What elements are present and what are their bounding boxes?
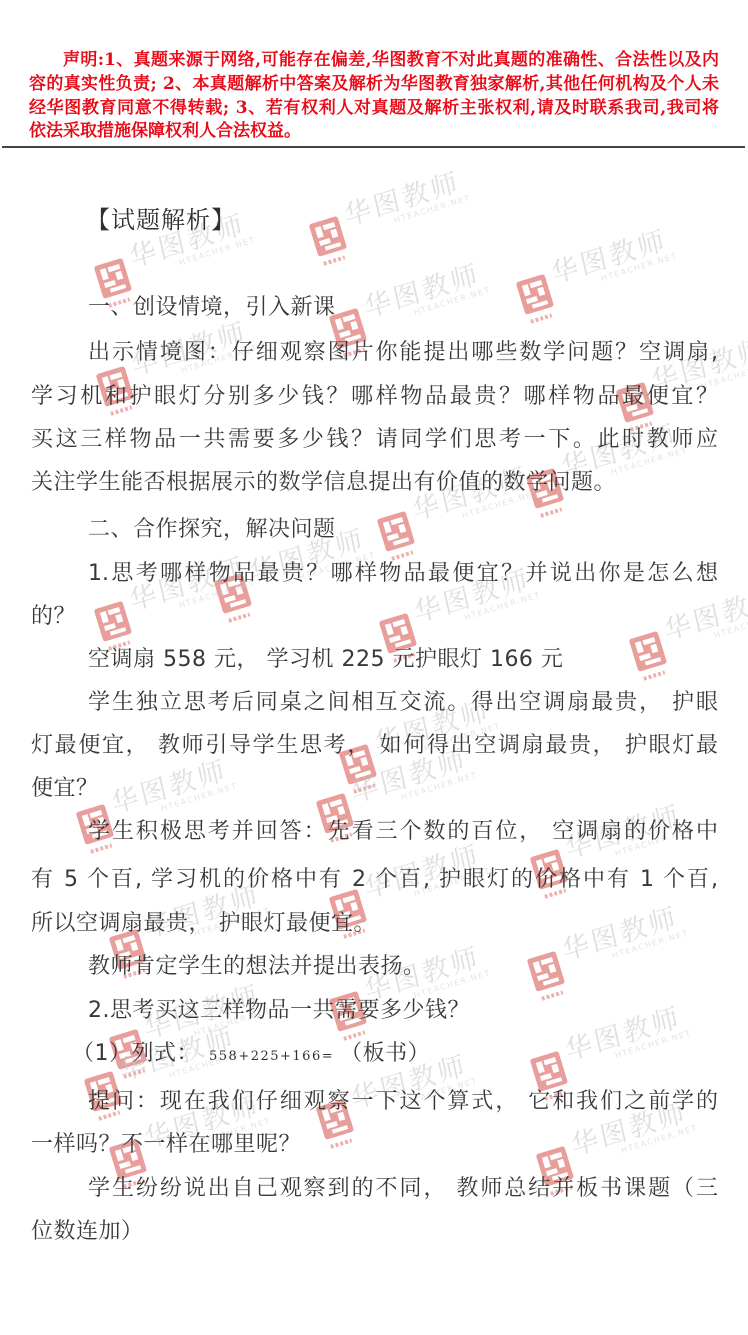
body-line: 提问：现在我们仔细观察一下这个算式， 它和我们之前学的 bbox=[88, 1087, 718, 1117]
body-line: 出示情境图：仔细观察图片你能提出哪些数学问题？空调扇, bbox=[88, 338, 718, 368]
body-line: 所以空调扇最贵， 护眼灯最便宜。 bbox=[31, 909, 376, 939]
document-page: 华图教师HTEACHER.NET华图教师HTEACHER.NET华图教师HTEA… bbox=[0, 0, 748, 1335]
body-line: 学习机和护眼灯分别多少钱？哪样物品最贵？哪样物品最便宜？ bbox=[31, 382, 718, 412]
body-line: 二、合作探究，解决问题 bbox=[88, 515, 336, 545]
equation-prefix: （1）列式： bbox=[72, 1041, 199, 1066]
body-line: 空调扇 558 元， 学习机 225 元护眼灯 166 元 bbox=[88, 645, 563, 675]
equation-formula: 558+225+166= bbox=[199, 1049, 340, 1064]
body-line: 学生独立思考后同桌之间相互交流。得出空调扇最贵， 护眼 bbox=[88, 688, 718, 718]
body-line: 买这三样物品一共需要多少钱？请同学们思考一下。此时教师应 bbox=[31, 425, 718, 455]
body-line: 学生积极思考并回答：先看三个数的百位， 空调扇的价格中 bbox=[88, 817, 718, 847]
body-line-equation: （1）列式：558+225+166=（板书） bbox=[72, 1039, 430, 1072]
body-line: 教师肯定学生的想法并提出表扬。 bbox=[88, 952, 426, 982]
body-line: 的？ bbox=[31, 602, 76, 632]
body-line: 1.思考哪样物品最贵？哪样物品最便宜？并说出你是怎么想 bbox=[88, 559, 718, 589]
body-line: 学生纷纷说出自己观察到的不同， 教师总结并板书课题（三 bbox=[88, 1174, 718, 1204]
body-line: 一样吗？不一样在哪里呢？ bbox=[31, 1130, 301, 1160]
body-text-layer: 一、创设情境，引入新课出示情境图：仔细观察图片你能提出哪些数学问题？空调扇,学习… bbox=[0, 0, 748, 1335]
body-line: 一、创设情境，引入新课 bbox=[88, 293, 336, 323]
body-line: 关注学生能否根据展示的数学信息提出有价值的数学问题。 bbox=[31, 468, 616, 498]
body-line: 灯最便宜， 教师引导学生思考， 如何得出空调扇最贵， 护眼灯最 bbox=[31, 731, 718, 761]
equation-suffix: （板书） bbox=[340, 1041, 430, 1066]
body-line: 位数连加） bbox=[31, 1217, 144, 1247]
body-line: 便宜？ bbox=[31, 774, 99, 804]
body-line: 2.思考买这三样物品一共需要多少钱？ bbox=[88, 996, 470, 1026]
body-line: 有 5 个百, 学习机的价格中有 2 个百, 护眼灯的价格中有 1 个百, bbox=[31, 865, 718, 895]
